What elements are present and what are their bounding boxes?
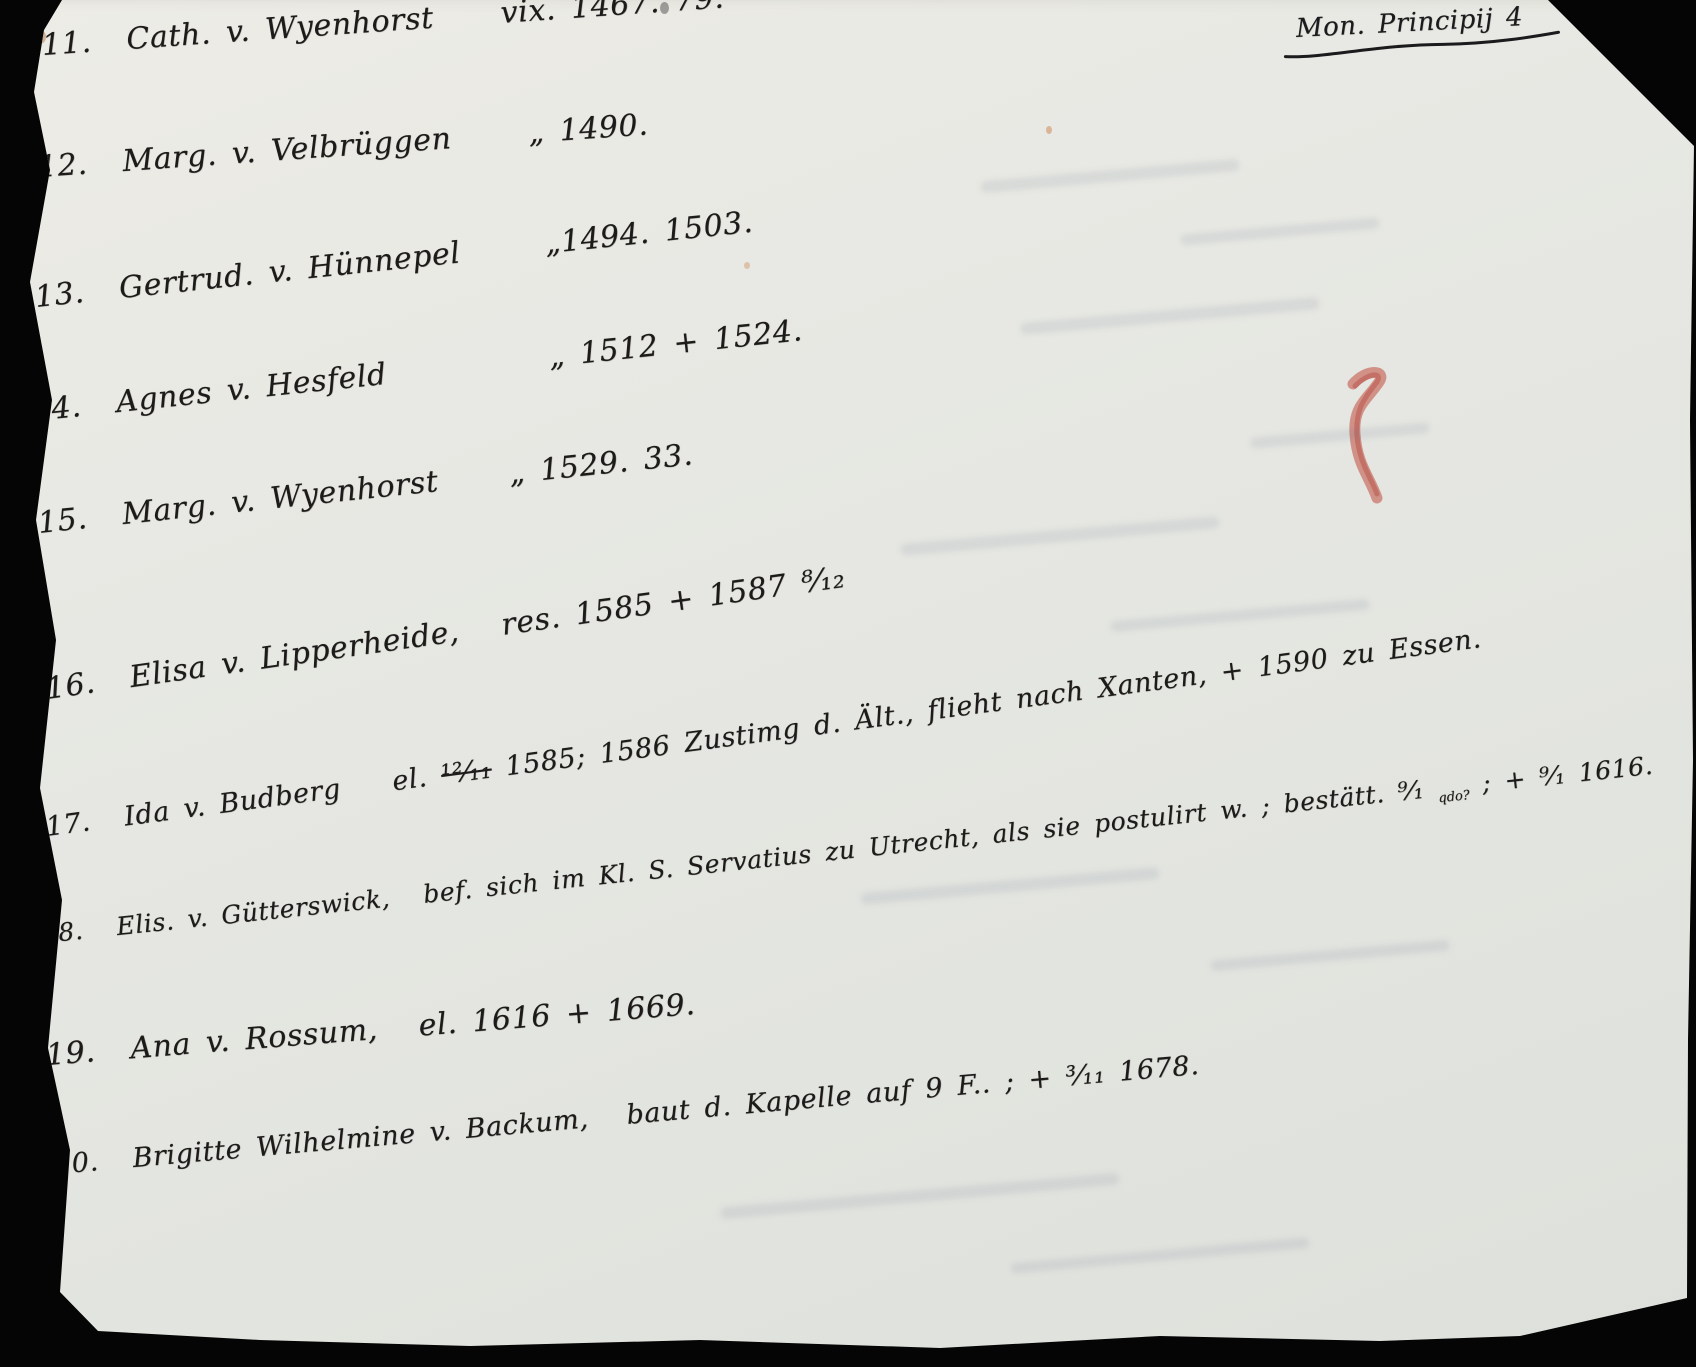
- list-item: 15. Marg. v. Wyenhorst „ 1529. 33.: [36, 437, 695, 541]
- ink-bleedthrough: [1020, 297, 1320, 335]
- entry-number: 17.: [44, 806, 92, 843]
- paper-stain: [660, 2, 669, 14]
- ink-bleedthrough: [980, 159, 1240, 194]
- ink-bleedthrough: [1210, 940, 1450, 972]
- ink-bleedthrough: [900, 516, 1220, 556]
- entry-note-subscript: qdo?: [1438, 788, 1471, 806]
- entry-number: 14.: [30, 389, 83, 429]
- scan-background: { "page": { "type": "handwritten-manuscr…: [0, 0, 1696, 1367]
- entry-note: vix. 1467. 79.: [499, 0, 725, 31]
- entry-number: 12.: [37, 147, 89, 185]
- entry-note-struck-date: ¹²⁄₁₁: [439, 753, 493, 790]
- entry-number: 20.: [53, 1146, 100, 1181]
- paper-stain: [744, 262, 750, 269]
- ink-bleedthrough: [1180, 217, 1380, 245]
- paper-stain: [30, 182, 37, 190]
- entry-note: „ 1490.: [527, 107, 649, 150]
- list-item: 16. Elisa v. Lipperheide, res. 1585 + 15…: [44, 560, 848, 707]
- entry-note: „ 1529. 33.: [507, 437, 694, 491]
- paper-stain: [34, 30, 46, 44]
- entry-note: baut d. Kapelle auf 9 F.. ; + ³⁄₁₁ 1678.: [625, 1050, 1200, 1131]
- entry-name: Elisa v. Lipperheide,: [127, 614, 461, 695]
- ink-bleedthrough: [1010, 1237, 1310, 1274]
- entry-name: Cath. v. Wyenhorst: [125, 1, 435, 57]
- list-item: 20. Brigitte Wilhelmine v. Backum, baut …: [53, 1050, 1201, 1181]
- list-item: 14. Agnes v. Hesfeld „ 1512 + 1524.: [30, 313, 804, 429]
- manuscript-page: Mon. Principij 4 11. Cath. v. Wyenhorst …: [0, 0, 1696, 1367]
- ink-bleedthrough: [860, 867, 1160, 905]
- entry-number: 19.: [45, 1034, 97, 1073]
- entry-note: „1494. 1503.: [543, 205, 755, 262]
- entry-name: Brigitte Wilhelmine v. Backum,: [131, 1103, 589, 1174]
- paper-stain: [1046, 126, 1052, 134]
- entry-note-post: 1585; 1586 Zustimg d. Ält., flieht nach …: [504, 623, 1484, 782]
- entry-name: Ana v. Rossum,: [129, 1012, 379, 1066]
- entry-name: Marg. v. Velbrüggen: [121, 121, 452, 179]
- entry-note: el. 1616 + 1669.: [417, 987, 696, 1044]
- ink-bleedthrough: [1110, 599, 1370, 633]
- entry-number: 13.: [33, 275, 86, 315]
- entry-name: Marg. v. Wyenhorst: [120, 464, 440, 532]
- entry-number: 11.: [41, 25, 93, 63]
- entry-name: Ida v. Budberg: [122, 773, 342, 832]
- ink-bleedthrough: [720, 1173, 1120, 1220]
- entry-name: Agnes v. Hesfeld: [114, 357, 388, 420]
- entry-number: 16.: [44, 665, 98, 707]
- entry-number: 18.: [40, 916, 84, 949]
- list-item: 13. Gertrud. v. Hünnepel „1494. 1503.: [33, 205, 755, 315]
- entry-name: Elis. v. Gütterswick,: [115, 884, 391, 942]
- entry-note-post: ; + ⁹⁄₁ 1616.: [1481, 751, 1655, 798]
- list-item: 11. Cath. v. Wyenhorst vix. 1467. 79.: [41, 0, 726, 63]
- entry-note: res. 1585 + 1587 ⁸⁄₁₂: [499, 560, 847, 643]
- page-annotation: Mon. Principij 4: [1295, 2, 1524, 44]
- list-item: 19. Ana v. Rossum, el. 1616 + 1669.: [45, 987, 697, 1073]
- entry-note-pre: el.: [390, 762, 429, 797]
- entry-note: „ 1512 + 1524.: [547, 313, 804, 374]
- entry-number: 15.: [36, 501, 89, 541]
- list-item: 12. Marg. v. Velbrüggen „ 1490.: [37, 107, 650, 185]
- entry-name: Gertrud. v. Hünnepel: [117, 235, 462, 306]
